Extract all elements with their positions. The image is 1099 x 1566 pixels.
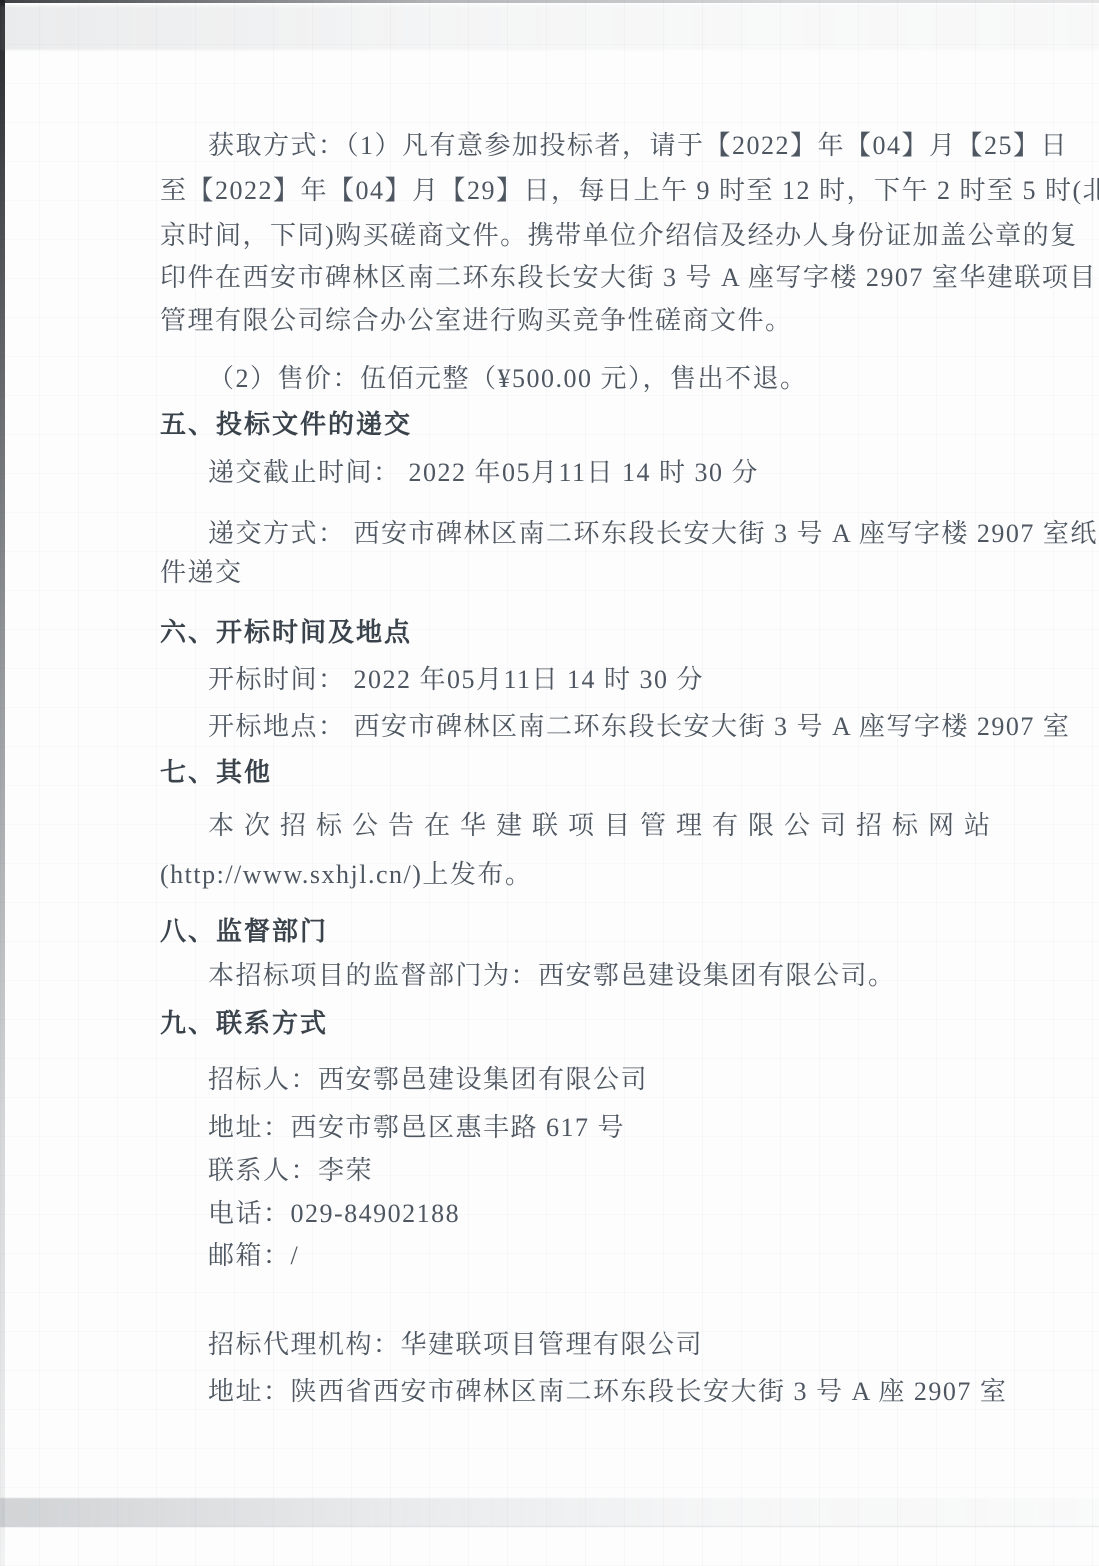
section6-heading: 六、开标时间及地点 <box>160 616 412 650</box>
scan-smudge-top-artifact <box>0 6 1099 50</box>
section9-heading: 九、联系方式 <box>160 1007 328 1041</box>
section5-heading: 五、投标文件的递交 <box>160 408 412 442</box>
agency-line: 招标代理机构：华建联项目管理有限公司 <box>208 1328 703 1362</box>
announcement-website-line-1: 本次招标公告在华建联项目管理有限公司招标网站 <box>208 809 1000 843</box>
acquisition-line-1: 获取方式：（1）凡有意参加投标者，请于【2022】年【04】月【25】日 <box>208 129 1068 163</box>
scan-smudge-bottom-artifact <box>0 1498 1099 1527</box>
acquisition-line-2: 至【2022】年【04】月【29】日，每日上午 9 时至 12 时，下午 2 时… <box>160 174 1099 208</box>
price-line: （2）售价：伍佰元整（¥500.00 元），售出不退。 <box>208 362 808 396</box>
acquisition-line-4: 印件在西安市碑林区南二环东段长安大街 3 号 A 座写字楼 2907 室华建联项… <box>160 261 1097 295</box>
submission-method-line-2: 件递交 <box>160 556 243 590</box>
scan-edge-top-artifact <box>0 0 1099 3</box>
supervision-department-line: 本招标项目的监督部门为：西安鄠邑建设集团有限公司。 <box>208 959 896 993</box>
section7-heading: 七、其他 <box>160 756 272 790</box>
announcement-website-line-2: (http://www.sxhjl.cn/)上发布。 <box>160 858 532 892</box>
acquisition-line-5: 管理有限公司综合办公室进行购买竞争性磋商文件。 <box>160 304 793 338</box>
agency-address-line: 地址：陕西省西安市碑林区南二环东段长安大街 3 号 A 座 2907 室 <box>208 1375 1007 1409</box>
bid-opening-time-line: 开标时间： 2022 年05月11日 14 时 30 分 <box>208 663 704 697</box>
scan-edge-left-artifact <box>0 0 5 1566</box>
bid-opening-place-line: 开标地点： 西安市碑林区南二环东段长安大街 3 号 A 座写字楼 2907 室 <box>208 710 1070 744</box>
tenderer-line: 招标人：西安鄠邑建设集团有限公司 <box>208 1063 648 1097</box>
phone-line: 电话：029-84902188 <box>208 1197 460 1231</box>
contact-person-line: 联系人：李荣 <box>208 1154 373 1188</box>
tenderer-address-line: 地址：西安市鄠邑区惠丰路 617 号 <box>208 1111 625 1145</box>
submission-deadline-line: 递交截止时间： 2022 年05月11日 14 时 30 分 <box>208 456 759 490</box>
section8-heading: 八、监督部门 <box>160 915 328 949</box>
email-line: 邮箱：/ <box>208 1239 299 1273</box>
document-page: 获取方式：（1）凡有意参加投标者，请于【2022】年【04】月【25】日 至【2… <box>0 0 1099 1566</box>
submission-method-line-1: 递交方式： 西安市碑林区南二环东段长安大街 3 号 A 座写字楼 2907 室纸… <box>208 517 1099 551</box>
acquisition-line-3: 京时间，下同)购买磋商文件。携带单位介绍信及经办人身份证加盖公章的复 <box>160 219 1078 253</box>
